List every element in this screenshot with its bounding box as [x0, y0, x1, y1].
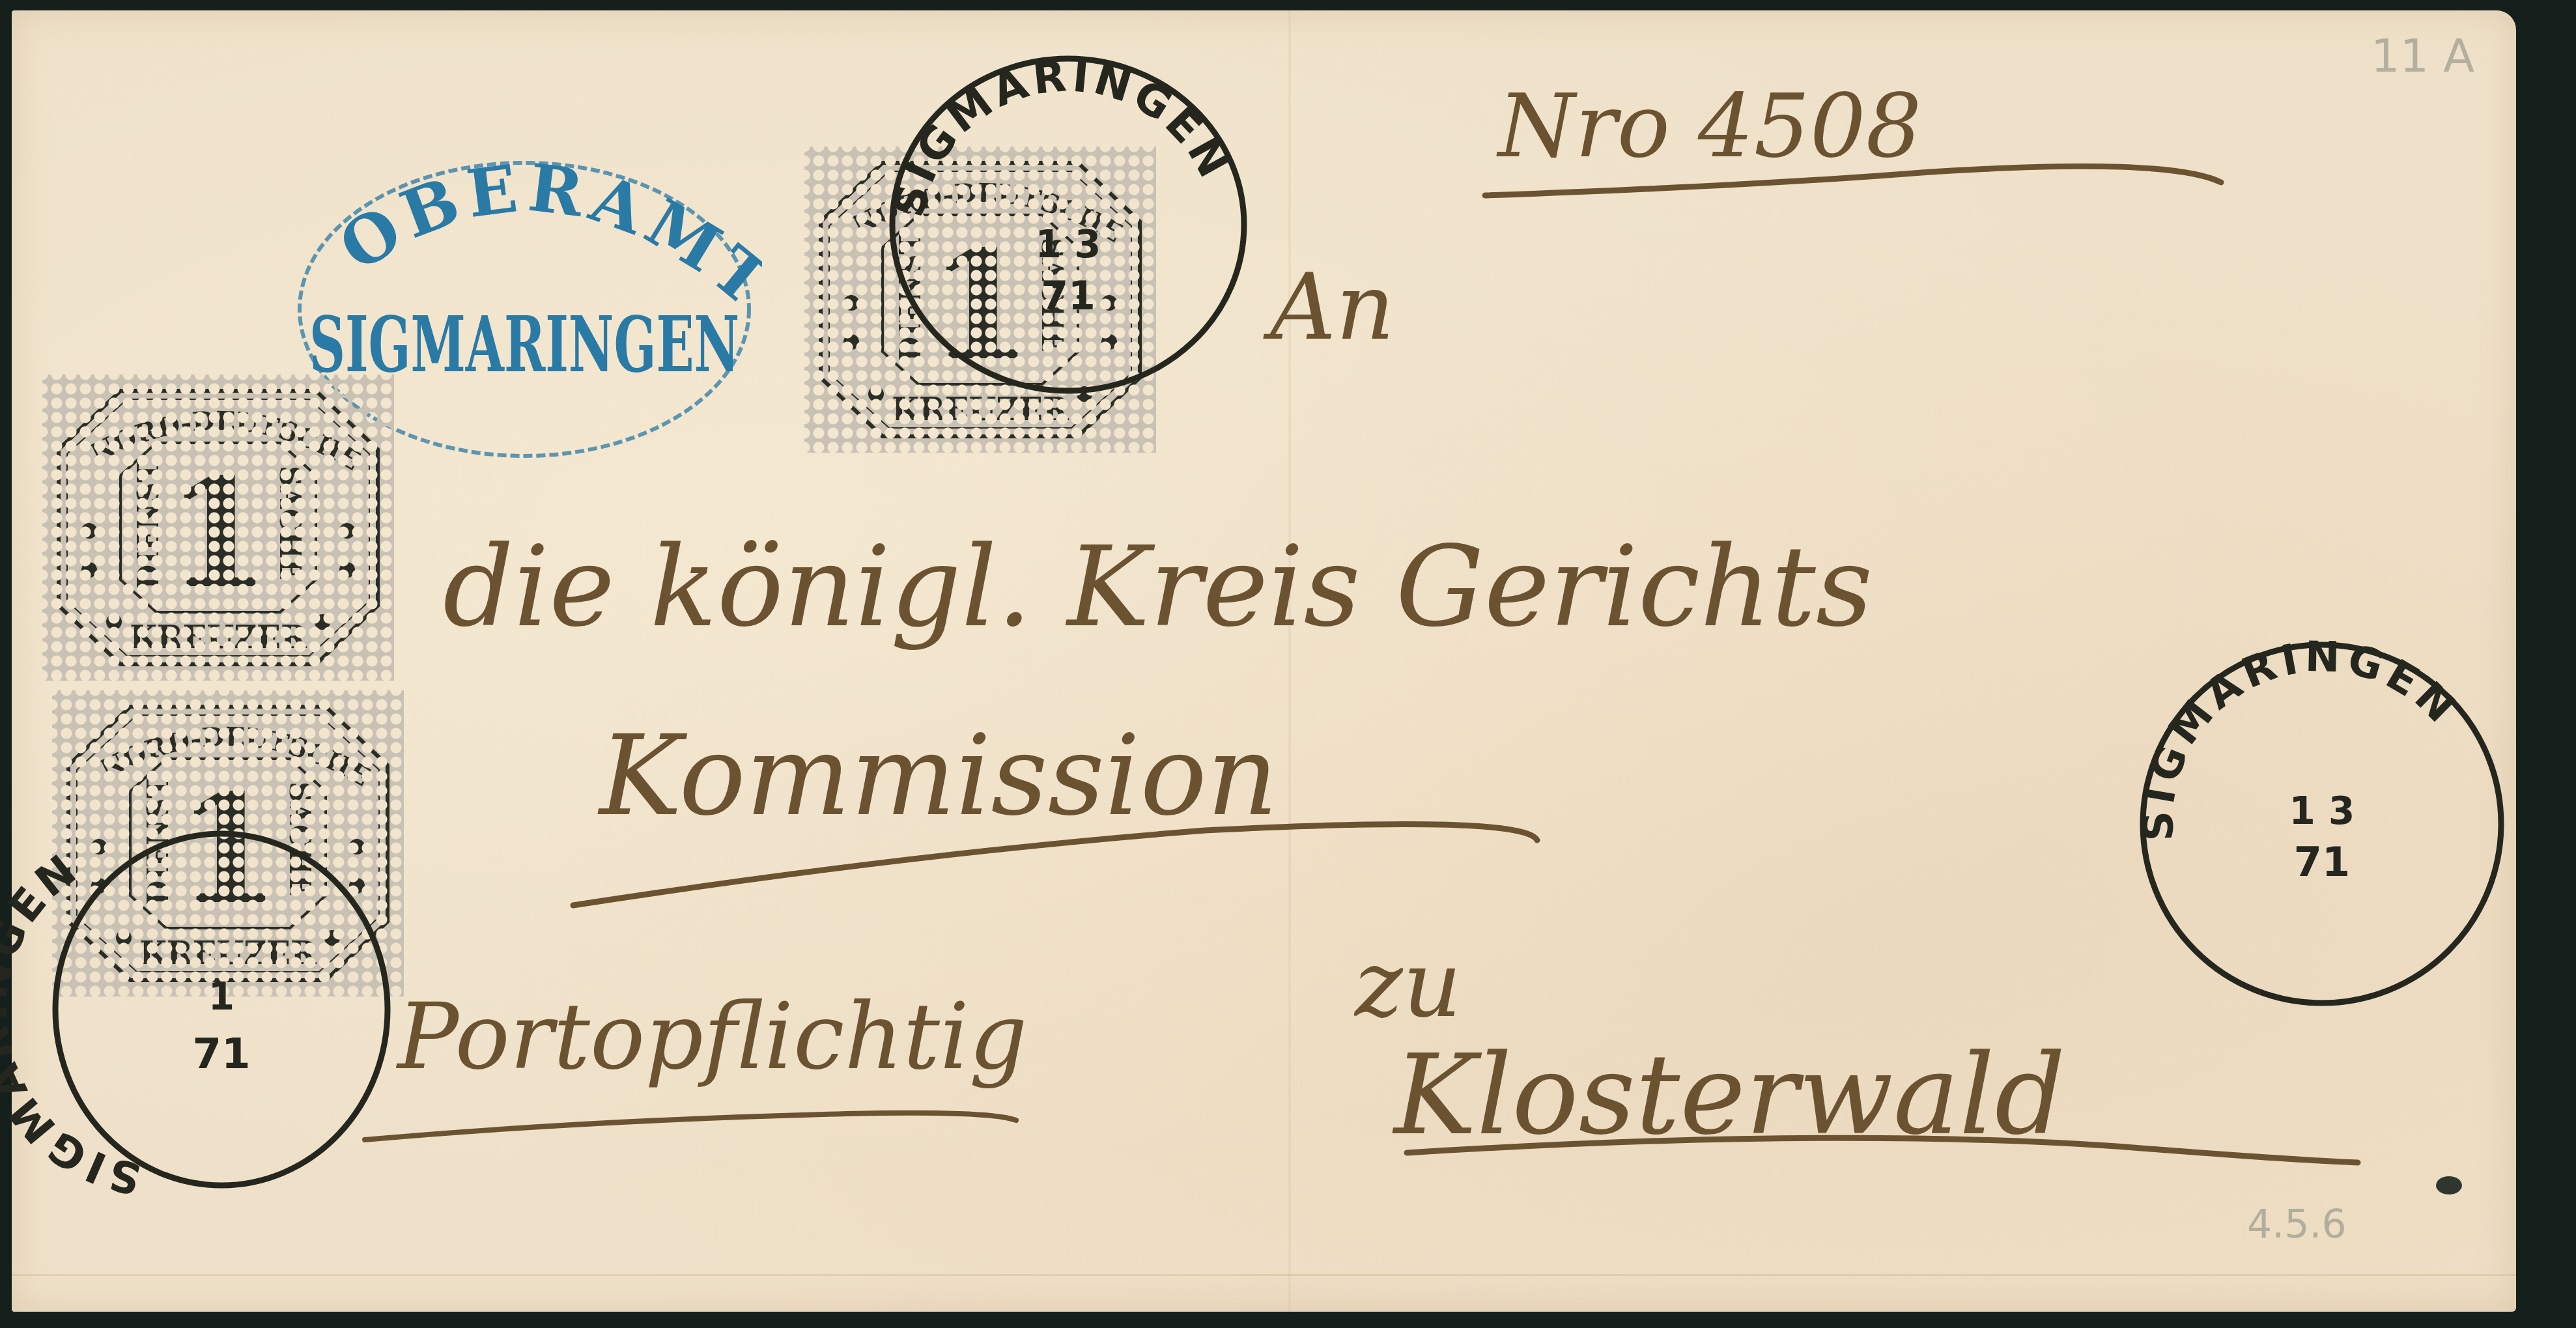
svg-text:SIGMARINGEN: SIGMARINGEN: [883, 51, 1241, 222]
postmark-right: SIGMARINGEN 1 3 71: [2127, 629, 2517, 1019]
postmark-year: 71: [2294, 838, 2350, 886]
stamp-value: 1: [166, 446, 270, 622]
postmark-left: SIGMARINGEN 1 71: [39, 814, 404, 1205]
postmark-date: 1 3: [1036, 222, 1101, 266]
stamp-1-kreuzer-left-upper: NORD-DEUTSCHE-POST 1 DIENST SACHE KREUZE…: [42, 374, 394, 681]
postmark-top-center: SIGMARINGEN 1 3 71: [873, 42, 1264, 407]
stamp-left-text: DIENST: [132, 461, 165, 589]
postmark-year: 71: [192, 1030, 250, 1079]
paper-edge-fold: [12, 1274, 2516, 1276]
paper-fold: [1288, 10, 1291, 1312]
postmark-date: 1: [208, 974, 234, 1019]
stamp-right-text: SACHE: [273, 466, 306, 580]
postmark-town: SIGMARINGEN: [883, 51, 1241, 222]
stamp-bottom-text: KREUZER: [130, 619, 307, 656]
postmark-year: 71: [1041, 274, 1096, 319]
postmark-date: 1 3: [2289, 789, 2355, 833]
